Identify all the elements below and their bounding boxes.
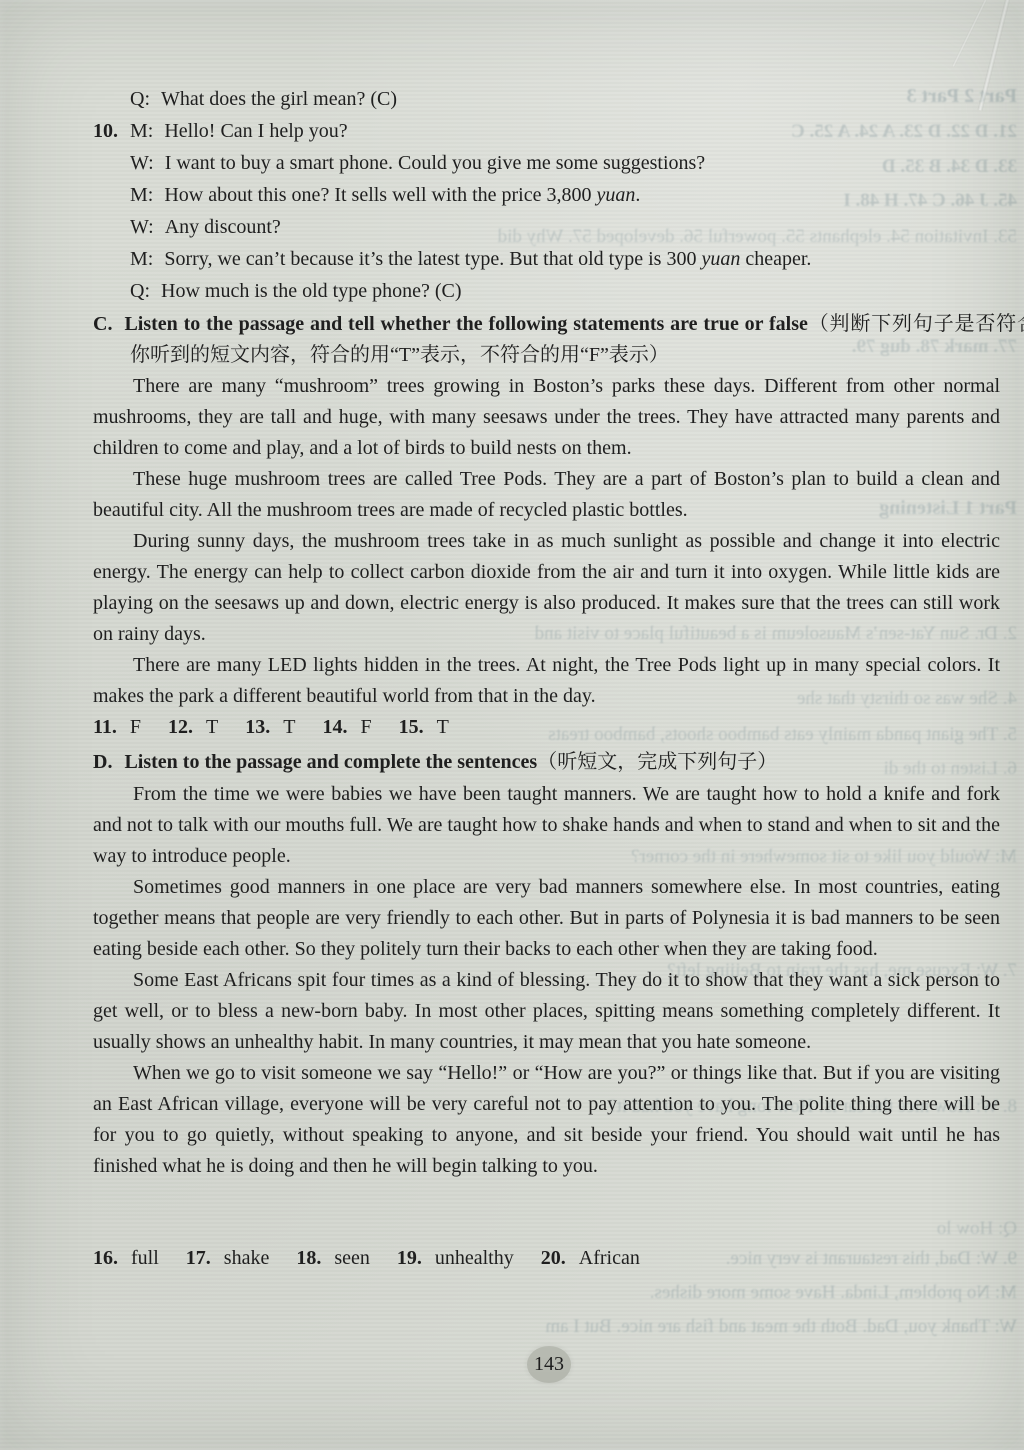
answer-value: T [206,716,218,738]
text-segment: How much is the old type phone? (C) [161,280,462,302]
speaker-label: Q: [130,88,150,110]
answer-item: 17.shake [186,1247,270,1269]
paragraph: Some East Africans spit four times as a … [93,965,1000,1058]
paragraph: These huge mushroom trees are called Tre… [93,464,1000,526]
text-segment: . [635,184,640,206]
answers-row-16-20: 16.full17.shake18.seen19.unhealthy20.Afr… [93,1247,667,1270]
section-c-passage: There are many “mushroom” trees growing … [93,371,1000,712]
dialog-text: Hello! Can I help you? [164,120,347,142]
italic-term: yuan [596,184,635,206]
answer-item: 15.T [399,716,449,738]
speaker-label: M: [130,120,153,142]
answer-number: 13. [245,716,270,738]
section-d-passage: From the time we were babies we have bee… [93,779,1000,1182]
bleed-through-text: Q: How lo [905,1218,1017,1241]
dialog-text: Sorry, we can’t because it’s the latest … [164,248,811,270]
answer-value: F [130,716,141,738]
speaker-label: Q: [130,280,150,302]
bleed-through-text: M: No problem, Linda. Have some more dis… [595,1282,1017,1305]
speaker-label: M: [130,248,153,270]
paragraph: When we go to visit someone we say “Hell… [93,1058,1000,1182]
answer-number: 16. [93,1247,118,1269]
dialog-text: How about this one? It sells well with t… [164,184,640,206]
paragraph: There are many LED lights hidden in the … [93,650,1000,712]
text-segment: Any discount? [165,216,281,238]
answer-value: full [131,1247,159,1269]
section-c-label: C. [93,313,112,335]
dialog-line: W:Any discount? [130,216,1000,239]
answer-value: seen [334,1247,370,1269]
dialog-line: 10.M:Hello! Can I help you? [130,120,1000,143]
answer-item: 18.seen [296,1247,370,1269]
paragraph: From the time we were babies we have bee… [93,779,1000,872]
answer-item: 11.F [93,716,141,738]
answer-number: 19. [397,1247,422,1269]
answer-number: 11. [93,716,117,738]
text-segment: What does the girl mean? (C) [161,88,397,110]
answer-number: 15. [399,716,424,738]
answer-value: shake [224,1247,270,1269]
dialog-text: Any discount? [165,216,281,238]
paragraph: Sometimes good manners in one place are … [93,872,1000,965]
dialog-line: M:How about this one? It sells well with… [130,184,1000,207]
speaker-label: W: [130,216,154,238]
answers-row-11-15: 11.F12.T13.T14.F15.T [93,716,476,739]
answer-item: 19.unhealthy [397,1247,514,1269]
answer-item: 16.full [93,1247,159,1269]
bleed-through-text: W: Thank you, Dad. Both the meat and fis… [545,1316,1017,1339]
dialog-text: How much is the old type phone? (C) [161,280,462,302]
dialog-line: W:I want to buy a smart phone. Could you… [130,152,1000,175]
answer-value: T [283,716,295,738]
answer-value: F [360,716,371,738]
page-number-badge: 143 [527,1346,571,1383]
paper-crease [952,0,987,67]
answer-item: 14.F [322,716,371,738]
answer-number: 17. [186,1247,211,1269]
answer-value: African [579,1247,640,1269]
dialog-line: M:Sorry, we can’t because it’s the lates… [130,248,1000,271]
section-c-title: Listen to the passage and tell whether t… [124,313,807,335]
answer-number: 18. [296,1247,321,1269]
section-d-title: Listen to the passage and complete the s… [124,751,537,773]
scanned-page: Part 2 Part 321. D 22. D 23. A 24. A 25.… [0,0,1024,1450]
italic-term: yuan [701,248,740,270]
answer-item: 12.T [168,716,218,738]
answer-item: 13.T [245,716,295,738]
text-segment: cheaper. [740,248,811,270]
dialog-line: Q:What does the girl mean? (C) [130,88,1000,111]
text-segment: I want to buy a smart phone. Could you g… [165,152,705,174]
page-number: 143 [534,1353,564,1376]
section-d-title-chinese: （听短文，完成下列句子） [537,751,777,773]
answer-value: T [437,716,449,738]
item-number: 10. [93,120,118,143]
answer-value: unhealthy [435,1247,514,1269]
text-segment: How about this one? It sells well with t… [164,184,596,206]
speaker-label: W: [130,152,154,174]
answer-number: 20. [541,1247,566,1269]
dialog-text: I want to buy a smart phone. Could you g… [165,152,705,174]
section-d-heading: D.Listen to the passage and complete the… [93,747,1024,778]
answer-number: 14. [322,716,347,738]
paragraph: There are many “mushroom” trees growing … [93,371,1000,464]
text-segment: Hello! Can I help you? [164,120,347,142]
speaker-label: M: [130,184,153,206]
dialog-text: What does the girl mean? (C) [161,88,397,110]
bleed-through-text: 5. The giant panda mainly eats bamboo sh… [430,724,1017,747]
answer-item: 20.African [541,1247,640,1269]
section-c-heading: C.Listen to the passage and tell whether… [93,309,1024,371]
paragraph: During sunny days, the mushroom trees ta… [93,526,1000,650]
text-segment: Sorry, we can’t because it’s the latest … [164,248,701,270]
dialog-line: Q:How much is the old type phone? (C) [130,280,1000,303]
answer-number: 12. [168,716,193,738]
section-d-label: D. [93,751,112,773]
